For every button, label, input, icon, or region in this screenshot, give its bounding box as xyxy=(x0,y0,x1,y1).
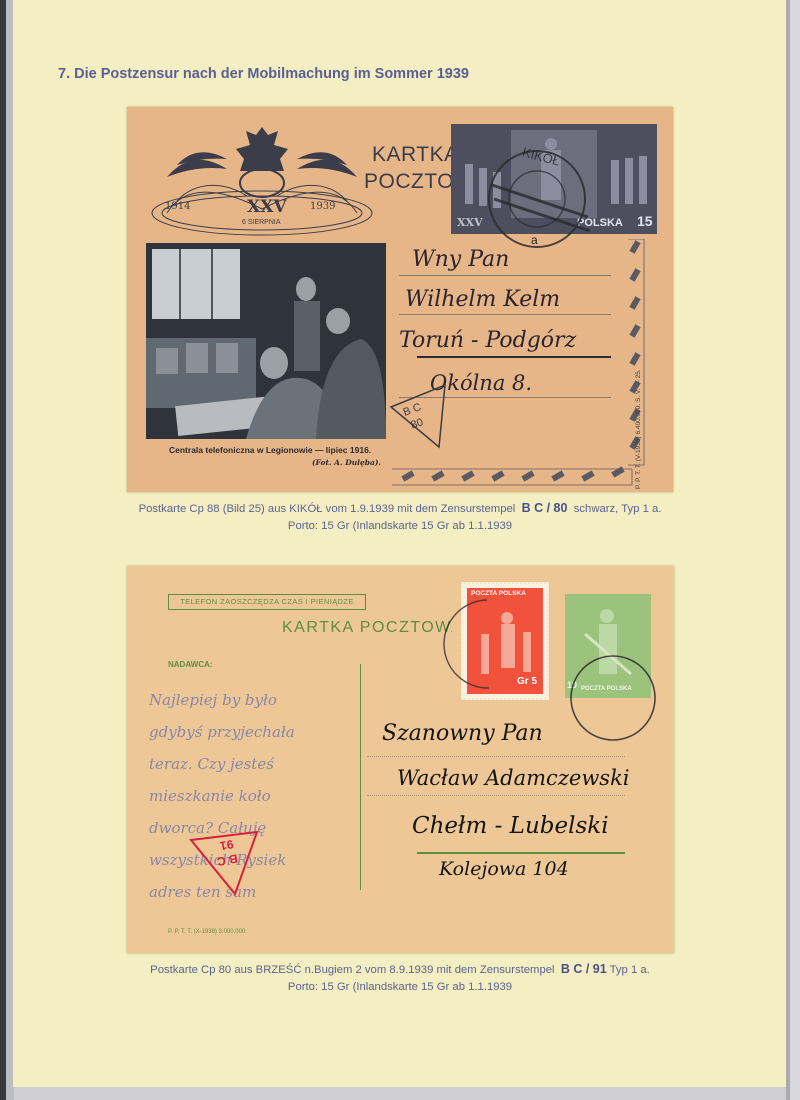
photo-credit: (Fot. A. Dulęba). xyxy=(312,458,381,467)
censor-mark-line2: 91 xyxy=(219,837,235,853)
page-edge-shadow xyxy=(786,0,790,1100)
caption1-censor: B C / 80 xyxy=(522,501,568,515)
address-rule-3 xyxy=(417,852,625,854)
address-street: Kolejowa 104 xyxy=(439,858,569,880)
telephone-exchange-photo xyxy=(146,243,386,439)
message-line: teraz. Czy jesteś xyxy=(149,748,295,780)
stamp-numeral: XXV xyxy=(457,216,483,229)
card-heading-line1: KARTKA xyxy=(372,143,459,167)
message-line: gdybyś przyjechała xyxy=(149,716,295,748)
address-salutation: Szanowny Pan xyxy=(382,721,543,746)
caption2-suffix: Typ 1 a. xyxy=(610,964,650,976)
divider-line xyxy=(360,664,361,890)
card-slogan: TELEFON ZAOSZCZĘDZA CZAS I PIENIĄDZE xyxy=(168,594,366,610)
caption1-porto: Porto: 15 Gr (Inlandskarte 15 Gr ab 1.1.… xyxy=(288,520,512,532)
postmark-adhesive-icon xyxy=(427,594,507,694)
ribbon-border-icon xyxy=(382,239,652,489)
message-line: Najlepiej by było xyxy=(149,684,295,716)
address-rule-2 xyxy=(367,795,625,796)
postcard-kikol: 1914 XXV 1939 6 SIERPNIA KARTKA POCZTOWA… xyxy=(127,107,673,492)
emblem-numeral: XXV xyxy=(247,197,287,217)
postcard-brzesc: TELEFON ZAOSZCZĘDZA CZAS I PIENIĄDZE KAR… xyxy=(127,566,674,953)
postmark-brzesc-icon xyxy=(561,650,661,746)
caption2-porto: Porto: 15 Gr (Inlandskarte 15 Gr ab 1.1.… xyxy=(288,981,512,993)
emblem-year-left: 1914 xyxy=(165,201,190,212)
sender-label: NADAWCA: xyxy=(168,660,212,669)
caption2-censor: B C / 91 xyxy=(561,962,607,976)
address-name: Wacław Adamczewski xyxy=(397,766,630,790)
caption2-prefix: Postkarte Cp 80 aus BRZEŚĆ n.Bugiem 2 vo… xyxy=(150,964,554,976)
caption-card2: Postkarte Cp 80 aus BRZEŚĆ n.Bugiem 2 vo… xyxy=(0,961,800,996)
caption1-suffix: schwarz, Typ 1 a. xyxy=(574,503,662,515)
emblem-year-right: 1939 xyxy=(310,201,335,212)
emblem-date: 6 SIERPNIA xyxy=(242,219,281,226)
caption1-prefix: Postkarte Cp 88 (Bild 25) aus KIKÓŁ vom … xyxy=(139,503,516,515)
address-rule-1 xyxy=(367,756,625,757)
card-imprint: P. P. T. T. (V-1939) 6.400.000. S. V. — … xyxy=(635,369,642,489)
address-town: Chełm - Lubelski xyxy=(412,813,609,839)
stamp-value: Gr 5 xyxy=(517,676,537,687)
card-imprint: P. P. T. T. (X-1938) 3.000.000. xyxy=(168,929,247,935)
stamp-value: 15 xyxy=(637,213,653,229)
page-title: 7. Die Postzensur nach der Mobilmachung … xyxy=(58,66,469,82)
caption-card1: Postkarte Cp 88 (Bild 25) aus KIKÓŁ vom … xyxy=(0,500,800,535)
message-line: mieszkanie koło xyxy=(149,780,295,812)
photo-caption: Centrala telefoniczna w Legionowie — lip… xyxy=(169,445,371,455)
